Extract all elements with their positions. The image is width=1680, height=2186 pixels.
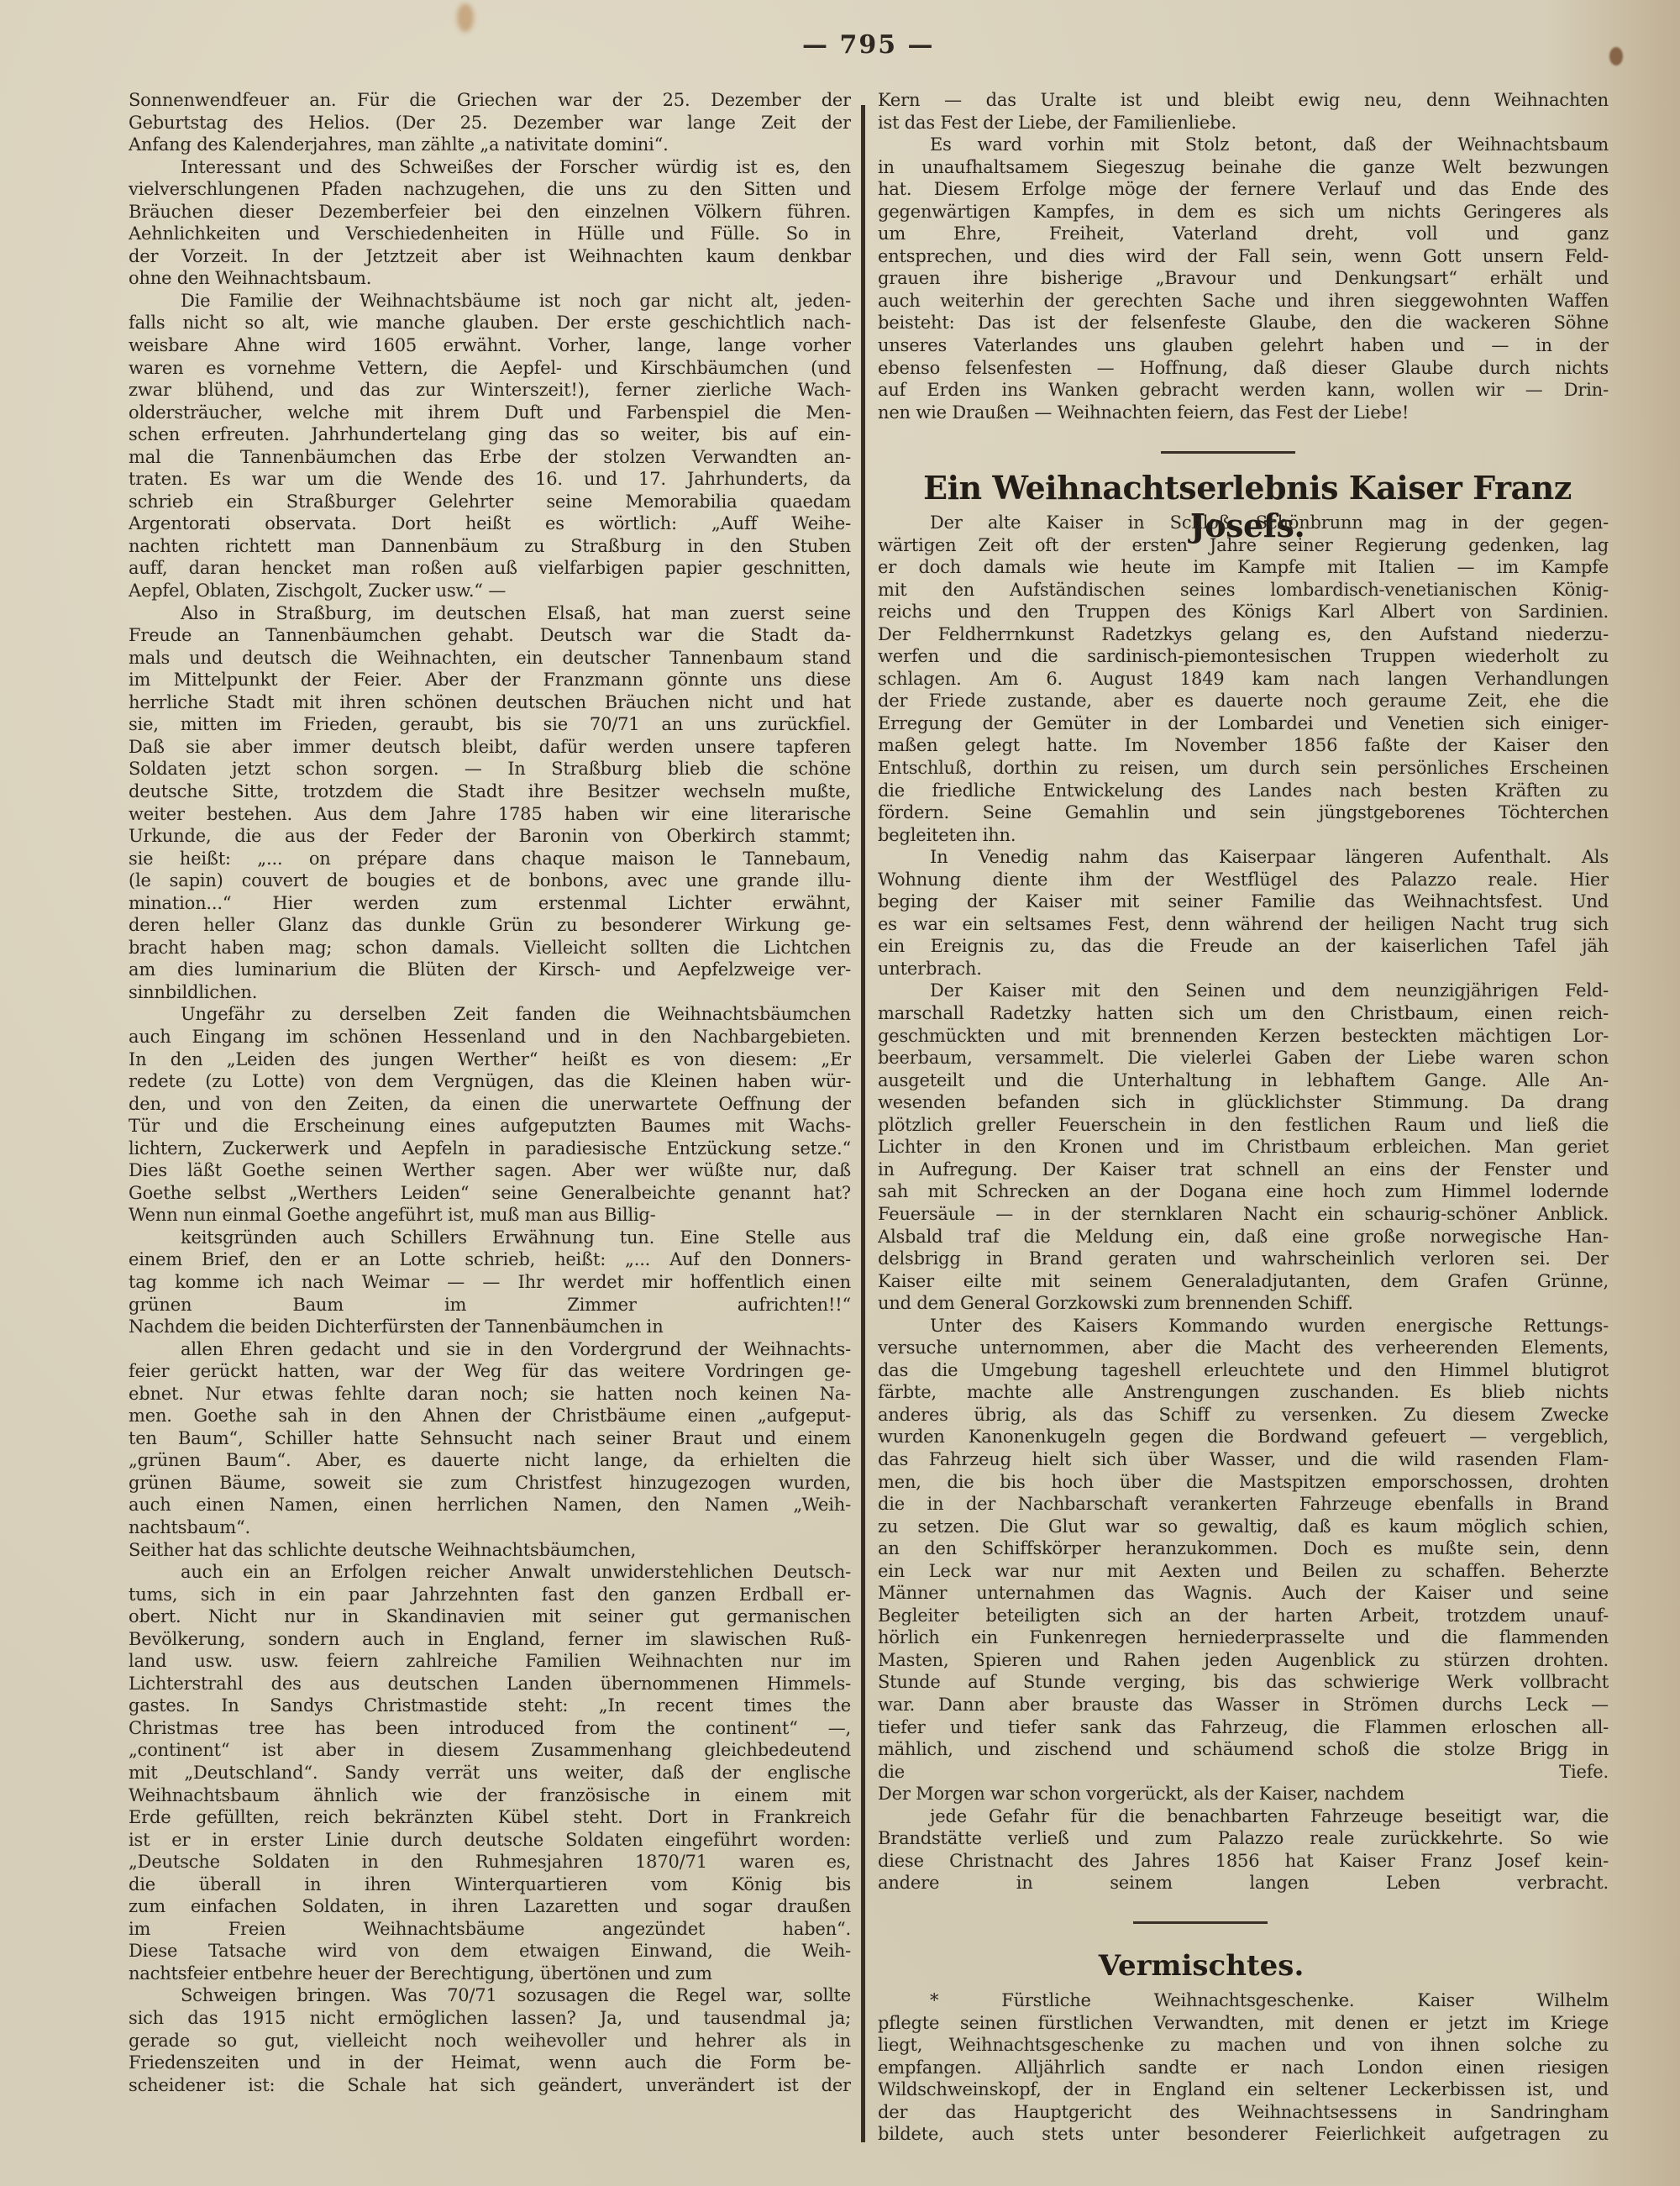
text-line: Alsbald traf die Meldung ein, daß eine g… <box>878 1226 1609 1248</box>
text-line: hat. Diesem Erfolge möge der fernere Ver… <box>878 178 1609 201</box>
text-line: maßen gelegt hatte. Im November 1856 faß… <box>878 734 1609 757</box>
paper-stain <box>1609 47 1623 66</box>
text-line: Wohnung diente ihm der Westflügel des Pa… <box>878 869 1609 891</box>
text-line: am dies luminarium die Blüten der Kirsch… <box>129 959 851 981</box>
text-line: Der Kaiser mit den Seinen und dem neunzi… <box>878 980 1609 1002</box>
text-line: der Vorzeit. In der Jetztzeit aber ist W… <box>129 245 851 268</box>
text-line: waren es vornehme Vettern, die Aepfel- u… <box>129 357 851 380</box>
text-line: pflegte seinen fürstlichen Verwandten, m… <box>878 2012 1609 2035</box>
text-line: das Fahrzeug hielt sich über Wasser, und… <box>878 1448 1609 1471</box>
text-line: redete (zu Lotte) von dem Vergnügen, das… <box>129 1070 851 1093</box>
text-line: Wenn nun einmal Goethe angeführt ist, mu… <box>129 1204 851 1227</box>
text-line: mal die Tannenbäumchen das Erbe der stol… <box>129 446 851 469</box>
text-line: Es ward vorhin mit Stolz betont, daß der… <box>878 134 1609 156</box>
text-line: tiefer und tiefer sank das Fahrzeug, die… <box>878 1716 1609 1739</box>
text-line: Erregung der Gemüter in der Lombardei un… <box>878 712 1609 735</box>
text-line: unterbrach. <box>878 958 1609 980</box>
text-line: Tür und die Erscheinung eines aufgeputzt… <box>129 1115 851 1138</box>
text-line: * Fürstliche Weihnachtsgeschenke. Kaiser… <box>878 1989 1609 2012</box>
text-line: Bevölkerung, sondern auch in England, fe… <box>129 1628 851 1651</box>
text-line: Erde gefüllten, reich bekränzten Kübel s… <box>129 1806 851 1829</box>
text-line: um Ehre, Freiheit, Vaterland dreht, voll… <box>878 223 1609 245</box>
text-line: Entschluß, dorthin zu reisen, um durch s… <box>878 757 1609 780</box>
section-title: Vermischtes. <box>1008 1949 1394 1983</box>
text-line: und dem General Gorzkowski zum brennende… <box>878 1292 1609 1315</box>
text-line: die Tiefe. <box>878 1761 1609 1784</box>
text-line: werfen und die sardinisch-piemontesische… <box>878 645 1609 668</box>
text-line: grauen ihre bisherige „Bravour und Denku… <box>878 267 1609 290</box>
text-line: wurden Kanonenkugeln gegen die Bordwand … <box>878 1426 1609 1448</box>
text-line: anderes übrig, als das Schiff zu versenk… <box>878 1404 1609 1427</box>
text-line: beerbaum, versammelt. Die vielerlei Gabe… <box>878 1047 1609 1069</box>
text-line: Goethe selbst „Werthers Leiden“ seine Ge… <box>129 1182 851 1205</box>
text-line: Argentorati observata. Dort heißt es wör… <box>129 512 851 535</box>
text-line: ebenso felsenfesten — Hoffnung, daß dies… <box>878 357 1609 380</box>
text-line: Seither hat das schlichte deutsche Weihn… <box>129 1539 851 1562</box>
text-line: reichs und den Truppen des Königs Karl A… <box>878 601 1609 623</box>
text-line: ein Leck war nur mit Aexten und Beilen z… <box>878 1560 1609 1583</box>
text-line: traten. Es war um die Wende des 16. und … <box>129 468 851 491</box>
text-line: vielverschlungenen Pfaden nachzugehen, d… <box>129 178 851 201</box>
text-line: feier gerückt hatten, war der Weg für da… <box>129 1360 851 1383</box>
text-line: ohne den Weihnachtsbaum. <box>129 267 851 290</box>
text-line: tums, sich in ein paar Jahrzehnten fast … <box>129 1584 851 1606</box>
text-line: beging der Kaiser mit seiner Familie das… <box>878 891 1609 913</box>
text-line: Nachdem die beiden Dichterfürsten der Ta… <box>129 1316 851 1338</box>
text-line: die überall in ihren Winterquartieren vo… <box>129 1873 851 1896</box>
text-line: men. Goethe sah in den Ahnen der Christb… <box>129 1405 851 1427</box>
text-line: schrieb ein Straßburger Gelehrter seine … <box>129 491 851 513</box>
text-line: im Mittelpunkt der Feier. Aber der Franz… <box>129 669 851 691</box>
text-line: Männer unternahmen das Wagnis. Auch der … <box>878 1582 1609 1605</box>
text-line: nachtsbaum“. <box>129 1516 851 1539</box>
page-number: — 795 — <box>802 30 935 60</box>
continuation-text: Kern — das Uralte ist und bleibt ewig ne… <box>878 89 1609 423</box>
text-line: Friedenszeiten und in der Heimat, wenn a… <box>129 2052 851 2074</box>
text-line: auch ein an Erfolgen reicher Anwalt unwi… <box>129 1561 851 1584</box>
text-line: In Venedig nahm das Kaiserpaar längeren … <box>878 846 1609 869</box>
text-line: sich das 1915 nicht ermöglichen lassen? … <box>129 2007 851 2030</box>
text-line: nen wie Draußen — Weihnachten feiern, da… <box>878 402 1609 424</box>
text-line: schlagen. Am 6. August 1849 kam nach lan… <box>878 668 1609 691</box>
text-line: liegt, Weihnachtsgeschenke zu machen und… <box>878 2034 1609 2057</box>
text-line: entsprechen, und dies wird der Fall sein… <box>878 245 1609 268</box>
text-line: sah mit Schrecken an der Dogana eine hoc… <box>878 1180 1609 1203</box>
text-line: Der Morgen war schon vorgerückt, als der… <box>878 1783 1609 1805</box>
text-line: Stunde auf Stunde verging, bis das schwi… <box>878 1671 1609 1694</box>
text-line: ebnet. Nur etwas fehlte daran noch; sie … <box>129 1383 851 1406</box>
text-line: Lichter in den Kronen und im Christbaum … <box>878 1136 1609 1159</box>
section-separator <box>1133 1921 1268 1924</box>
text-line: allen Ehren gedacht und sie in den Vorde… <box>129 1338 851 1361</box>
text-line: Schweigen bringen. Was 70/71 sozusagen d… <box>129 1984 851 2007</box>
text-line: die in der Nachbarschaft verankerten Fah… <box>878 1493 1609 1516</box>
text-line: grünen Baum im Zimmer aufrichten!!“ <box>129 1294 851 1316</box>
text-line: falls nicht so alt, wie manche glauben. … <box>129 312 851 334</box>
text-line: sie heißt: „... on prépare dans chaque m… <box>129 848 851 870</box>
text-line: an den Schiffskörper heranzukommen. Doch… <box>878 1537 1609 1560</box>
text-line: Urkunde, die aus der Feder der Baronin v… <box>129 825 851 848</box>
text-line: sinnbildlichen. <box>129 981 851 1004</box>
text-line: beisteht: Das ist der felsenfeste Glaube… <box>878 312 1609 334</box>
text-line: Brandstätte verließ und zum Palazzo real… <box>878 1827 1609 1850</box>
column-divider <box>861 105 865 2142</box>
text-line: Weihnachtsbaum ähnlich wie der französis… <box>129 1784 851 1807</box>
text-line: zum einfachen Soldaten, in ihren Lazaret… <box>129 1895 851 1918</box>
text-line: das die Umgebung tageshell erleuchtete u… <box>878 1359 1609 1382</box>
text-line: ist er in erster Linie durch deutsche So… <box>129 1829 851 1852</box>
text-line: wärtigen Zeit oft der ersten Jahre seine… <box>878 534 1609 557</box>
text-line: tag komme ich nach Weimar — — Ihr werdet… <box>129 1271 851 1294</box>
text-line: bildete, auch stets unter besonderer Fei… <box>878 2123 1609 2146</box>
text-line: bracht haben mag; schon damals. Vielleic… <box>129 937 851 959</box>
text-line: Der alte Kaiser in Schloß Schönbrunn mag… <box>878 512 1609 534</box>
text-line: Kaiser eilte mit seinem Generaladjutante… <box>878 1270 1609 1293</box>
text-line: ten Baum“, Schiller hatte Sehnsucht nach… <box>129 1427 851 1450</box>
text-line: schen erfreuten. Jahrhundertelang ging d… <box>129 423 851 446</box>
text-line: der das Hauptgericht des Weihnachtsessen… <box>878 2101 1609 2124</box>
text-line: Die Familie der Weihnachtsbäume ist noch… <box>129 290 851 313</box>
text-line: land usw. usw. feiern zahlreiche Familie… <box>129 1650 851 1673</box>
text-line: Anfang des Kalenderjahres, man zählte „a… <box>129 134 851 156</box>
text-line: begleiteten ihn. <box>878 824 1609 847</box>
text-line: Geburtstag des Helios. (Der 25. Dezember… <box>129 112 851 134</box>
text-line: Wildschweinskopf, der in England ein sel… <box>878 2078 1609 2101</box>
text-line: ausgeteilt und die Unterhaltung in lebha… <box>878 1069 1609 1092</box>
text-line: einem Brief, den er an Lotte schrieb, he… <box>129 1248 851 1271</box>
text-line: gerade so gut, vielleicht noch weihevoll… <box>129 2030 851 2052</box>
text-line: er doch damals wie heute im Kampfe mit I… <box>878 556 1609 579</box>
text-line: Sonnenwendfeuer an. Für die Griechen war… <box>129 89 851 112</box>
text-line: gastes. In Sandys Christmastide steht: „… <box>129 1695 851 1717</box>
text-line: versuche unternommen, aber die Macht des… <box>878 1337 1609 1359</box>
text-line: auf Erden ins Wanken gebracht werden kan… <box>878 379 1609 402</box>
text-line: men, die bis hoch über die Mastspitzen e… <box>878 1471 1609 1494</box>
text-line: Masten, Spieren und Rahen jeden Augenbli… <box>878 1649 1609 1672</box>
text-line: delsbrigg in Brand geraten und wahrschei… <box>878 1248 1609 1270</box>
text-line: Soldaten jetzt schon sorgen. — In Straßb… <box>129 758 851 780</box>
text-line: mals und deutsch die Weihnachten, ein de… <box>129 647 851 670</box>
text-line: auff, daran hencket man roßen auß vielfa… <box>129 557 851 580</box>
text-line: Daß sie aber immer deutsch bleibt, dafür… <box>129 736 851 759</box>
text-line: es war ein seltsames Fest, denn während … <box>878 913 1609 936</box>
text-line: unseres Vaterlandes uns glauben gelehrt … <box>878 334 1609 357</box>
text-line: plötzlich greller Feuerschein in den fes… <box>878 1114 1609 1137</box>
text-line: In den „Leiden des jungen Werther“ heißt… <box>129 1048 851 1071</box>
text-line: keitsgründen auch Schillers Erwähnung tu… <box>129 1227 851 1249</box>
text-line: Freude an Tannenbäumchen gehabt. Deutsch… <box>129 624 851 647</box>
text-line: „continent“ ist aber in diesem Zusammenh… <box>129 1739 851 1762</box>
text-line: im Freien Weihnachtsbäume angezündet hab… <box>129 1918 851 1941</box>
text-line: diese Christnacht des Jahres 1856 hat Ka… <box>878 1850 1609 1873</box>
text-line: Also in Straßburg, im deutschen Elsaß, h… <box>129 602 851 625</box>
text-line: weisbare Ahne wird 1605 erwähnt. Vorher,… <box>129 334 851 357</box>
text-line: sie, mitten im Frieden, geraubt, bis sie… <box>129 713 851 736</box>
text-line: in Aufregung. Der Kaiser trat schnell an… <box>878 1159 1609 1181</box>
text-line: den, und von den Zeiten, da einen die un… <box>129 1093 851 1116</box>
text-line: der Friede zustande, aber es dauerte noc… <box>878 690 1609 712</box>
text-line: färbte, machte alle Anstrengungen zuscha… <box>878 1381 1609 1404</box>
left-column: Sonnenwendfeuer an. Für die Griechen war… <box>129 89 851 2096</box>
text-line: Interessant und des Schweißes der Forsch… <box>129 156 851 179</box>
text-line: war. Dann aber brauste das Wasser in Str… <box>878 1694 1609 1716</box>
article-body: Der alte Kaiser in Schloß Schönbrunn mag… <box>878 512 1609 1894</box>
text-line: Begleiter beteiligten sich an der harten… <box>878 1605 1609 1627</box>
text-line: auch weiterhin der gerechten Sache und i… <box>878 290 1609 313</box>
text-line: geschmückten und mit brennenden Kerzen b… <box>878 1025 1609 1048</box>
text-line: mit den Aufständischen seines lombardisc… <box>878 579 1609 602</box>
text-line: ein Ereignis zu, das die Freude an der k… <box>878 935 1609 958</box>
text-line: Aepfel, Oblaten, Zischgolt, Zucker usw.“… <box>129 580 851 602</box>
section-body: * Fürstliche Weihnachtsgeschenke. Kaiser… <box>878 1989 1609 2146</box>
text-line: obert. Nicht nur in Skandinavien mit sei… <box>129 1605 851 1628</box>
text-line: auch Eingang im schönen Hessenland und i… <box>129 1026 851 1048</box>
text-line: marschall Radetzky hatten sich um den Ch… <box>878 1002 1609 1025</box>
text-line: weiter bestehen. Aus dem Jahre 1785 habe… <box>129 803 851 826</box>
text-line: Kern — das Uralte ist und bleibt ewig ne… <box>878 89 1609 112</box>
text-line: oldersträucher, welche mit ihrem Duft un… <box>129 402 851 424</box>
text-line: mination...“ Hier werden zum erstenmal L… <box>129 892 851 915</box>
text-line: Aehnlichkeiten und Verschiedenheiten in … <box>129 223 851 245</box>
text-line: deren heller Glanz das dunkle Grün zu be… <box>129 914 851 937</box>
text-line: (le sapin) couvert de bougies et de bonb… <box>129 870 851 892</box>
text-line: mit „Deutschland“. Sandy verrät uns weit… <box>129 1762 851 1784</box>
text-line: Unter des Kaisers Kommando wurden energi… <box>878 1315 1609 1337</box>
text-line: lichtern, Zuckerwerk und Aepfeln in para… <box>129 1138 851 1160</box>
text-line: ist das Fest der Liebe, der Familienlieb… <box>878 112 1609 134</box>
text-line: herrliche Stadt mit ihren schönen deutsc… <box>129 691 851 714</box>
paper-stain <box>457 3 474 32</box>
text-line: zwar blühend, und das zur Winterszeit!),… <box>129 379 851 402</box>
text-line: andere in seinem langen Leben verbracht. <box>878 1872 1609 1894</box>
text-line: auch einen Namen, einen herrlichen Namen… <box>129 1494 851 1516</box>
text-line: deutsche Sitte, trotzdem die Stadt ihre … <box>129 780 851 803</box>
text-line: fördern. Seine Gemahlin und sein jüngstg… <box>878 801 1609 824</box>
text-line: wesenden befanden sich in glücklichster … <box>878 1091 1609 1114</box>
text-line: „grünen Baum“. Aber, es dauerte nicht la… <box>129 1449 851 1472</box>
text-line: „Deutsche Soldaten in den Ruhmesjahren 1… <box>129 1851 851 1873</box>
text-line: in unaufhaltsamem Siegeszug beinahe die … <box>878 156 1609 179</box>
text-line: Lichterstrahl des aus deutschen Landen ü… <box>129 1673 851 1695</box>
text-line: Christmas tree has been introduced from … <box>129 1717 851 1740</box>
text-line: jede Gefahr für die benachbarten Fahrzeu… <box>878 1805 1609 1828</box>
text-line: gegenwärtigen Kampfes, in dem es sich um… <box>878 201 1609 223</box>
text-line: zu setzen. Die Glut war so gewaltig, daß… <box>878 1516 1609 1538</box>
text-line: empfangen. Alljährlich sandte er nach Lo… <box>878 2057 1609 2079</box>
text-line: Ungefähr zu derselben Zeit fanden die We… <box>129 1003 851 1026</box>
text-line: Bräuchen dieser Dezemberfeier bei den ei… <box>129 201 851 223</box>
text-line: hörlich ein Funkenregen herniederprassel… <box>878 1626 1609 1649</box>
text-line: Feuersäule — in der sternklaren Nacht ei… <box>878 1203 1609 1226</box>
text-line: mählich, und zischend und schäumend scho… <box>878 1738 1609 1761</box>
text-line: grünen Bäume, soweit sie zum Christfest … <box>129 1472 851 1495</box>
article-separator <box>1161 451 1295 454</box>
text-line: die friedliche Entwickelung des Landes n… <box>878 780 1609 802</box>
text-line: scheidener ist: die Schale hat sich geän… <box>129 2074 851 2097</box>
text-line: nachten richtett man Dannenbäum zu Straß… <box>129 535 851 558</box>
text-line: nachtsfeier entbehre heuer der Berechtig… <box>129 1963 851 1985</box>
text-line: Der Feldherrnkunst Radetzkys gelang es, … <box>878 623 1609 646</box>
text-line: Dies läßt Goethe seinen Werther sagen. A… <box>129 1159 851 1182</box>
text-line: Diese Tatsache wird von dem etwaigen Ein… <box>129 1940 851 1963</box>
